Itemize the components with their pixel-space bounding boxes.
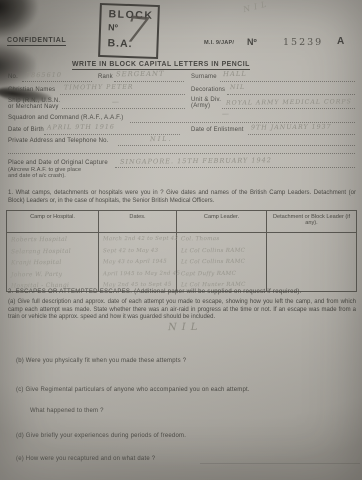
block-number-stamp: BLOCK Nº B.A. 7 — [98, 3, 160, 59]
camps-table: Camp or Hospital. Dates. Camp Leader. De… — [6, 210, 357, 292]
camps-table-body-row: Roberts Hospital Selarang Hospital Kranj… — [7, 233, 357, 292]
camps-table-header-row: Camp or Hospital. Dates. Camp Leader. De… — [7, 211, 357, 233]
question-2b-text: (b) Were you physically fit when you mad… — [16, 358, 186, 364]
camps-cell-detachment — [267, 233, 357, 292]
ref-prefix: M.I. 9/JAP/ — [204, 40, 234, 46]
question-1-text: 1. What camps, detachments or hospitals … — [8, 190, 356, 205]
question-2e-text: (e) How were you recaptured and on what … — [16, 456, 155, 462]
hw-leader-3: Lt Col Collins RAMC — [177, 256, 266, 268]
hw-leader-2: Lt Col Collins RAMC — [177, 244, 266, 256]
hw-dates-1: March 2nd 42 to Sept 42 — [99, 233, 176, 245]
field-label-dob: Date of Birth — [8, 127, 44, 133]
answer-2a-nil: NIL — [168, 322, 202, 333]
camps-cell-leaders: Col. Thomas Lt Col Collins RAMC Lt Col C… — [177, 233, 267, 292]
field-label-no: No. — [8, 74, 18, 80]
field-label-ship-line2: or Merchant Navy — [8, 104, 59, 110]
question-2-heading: 2. ESCAPES OR ATTEMPTED ESCAPES. (Additi… — [8, 289, 302, 295]
question-2a-text: (a) Give full description and approx. da… — [8, 299, 356, 322]
col-header-detachment: Detachment or Block Leader (if any). — [267, 211, 357, 233]
field-label-surname: Surname — [191, 74, 217, 80]
field-label-rank: Rank — [98, 74, 113, 80]
question-2c-text: (c) Give Regimental particulars of anyon… — [16, 387, 250, 393]
pencil-nil-top: NIL — [242, 0, 271, 14]
hw-camp-3: Kranji Hospital — [7, 256, 98, 268]
field-label-squadron: Squadron and Command (R.A.F., A.A.F.) — [8, 115, 123, 121]
field-label-enlistment: Date of Enlistment — [191, 127, 244, 133]
col-header-dates: Dates. — [99, 211, 177, 233]
field-label-address: Private Address and Telephone No. — [8, 138, 109, 144]
ref-serial-number: 15239 — [283, 37, 323, 48]
field-label-decorations: Decorations — [191, 87, 225, 93]
field-value-address: NIL. — [150, 135, 173, 143]
field-value-dob: APRIL 9TH 1916 — [47, 124, 115, 132]
hw-dates-3: May 43 to April 1945 — [99, 256, 176, 268]
col-header-camp: Camp or Hospital. — [7, 211, 99, 233]
field-label-christian-names: Christian Names — [8, 87, 55, 93]
ref-no-label: Nº — [247, 37, 257, 47]
hw-leader-1: Col. Thomas — [177, 233, 266, 245]
field-value-surname: HALL — [223, 70, 247, 78]
stamp-no-word: Nº — [108, 22, 118, 32]
question-2d-text: (d) Give briefly your experiences during… — [16, 433, 186, 439]
field-label-capture: Place and Date of Original Capture — [8, 160, 108, 166]
form-instruction-heading: WRITE IN BLOCK CAPITAL LETTERS IN PENCIL — [72, 61, 250, 70]
capture-subnote-2: and date of a/c crash). — [8, 173, 66, 179]
camps-cell-dates: March 2nd 42 to Sept 42 Sept 42 to May 4… — [99, 233, 177, 292]
col-header-leader: Camp Leader. — [177, 211, 267, 233]
camps-cell-hospitals: Roberts Hospital Selarang Hospital Kranj… — [7, 233, 99, 292]
handwritten-block-number: 7 — [123, 9, 150, 52]
field-value-unit: ROYAL ARMY MEDICAL CORPS — [226, 98, 352, 106]
field-value-rank: SERGEANT — [116, 70, 165, 79]
scan-artifact-top-left — [0, 0, 38, 38]
ref-suffix: A — [337, 36, 344, 47]
pencil-dash-ship: — — [112, 98, 120, 106]
field-label-unit-line2: (Army) — [191, 103, 210, 109]
field-value-capture: SINGAPORE. 15TH FEBRUARY 1942 — [120, 156, 272, 166]
field-value-decorations: NIL — [230, 84, 245, 91]
scanned-pow-debrief-form: CONFIDENTIAL BLOCK Nº B.A. 7 NIL M.I. 9/… — [0, 0, 362, 480]
confidential-marking: CONFIDENTIAL — [7, 37, 66, 46]
field-value-no: 7865610 — [26, 71, 62, 79]
field-value-enlistment: 9TH JANUARY 1937 — [251, 124, 332, 132]
field-value-christian-names: TIMOTHY PETER — [64, 84, 134, 92]
hw-camp-1: Roberts Hospital — [7, 233, 98, 245]
pencil-dash-squadron: — — [222, 110, 230, 118]
question-2c2-text: What happened to them ? — [30, 408, 104, 414]
hw-dates-2: Sept 42 to May 43 — [99, 244, 176, 256]
